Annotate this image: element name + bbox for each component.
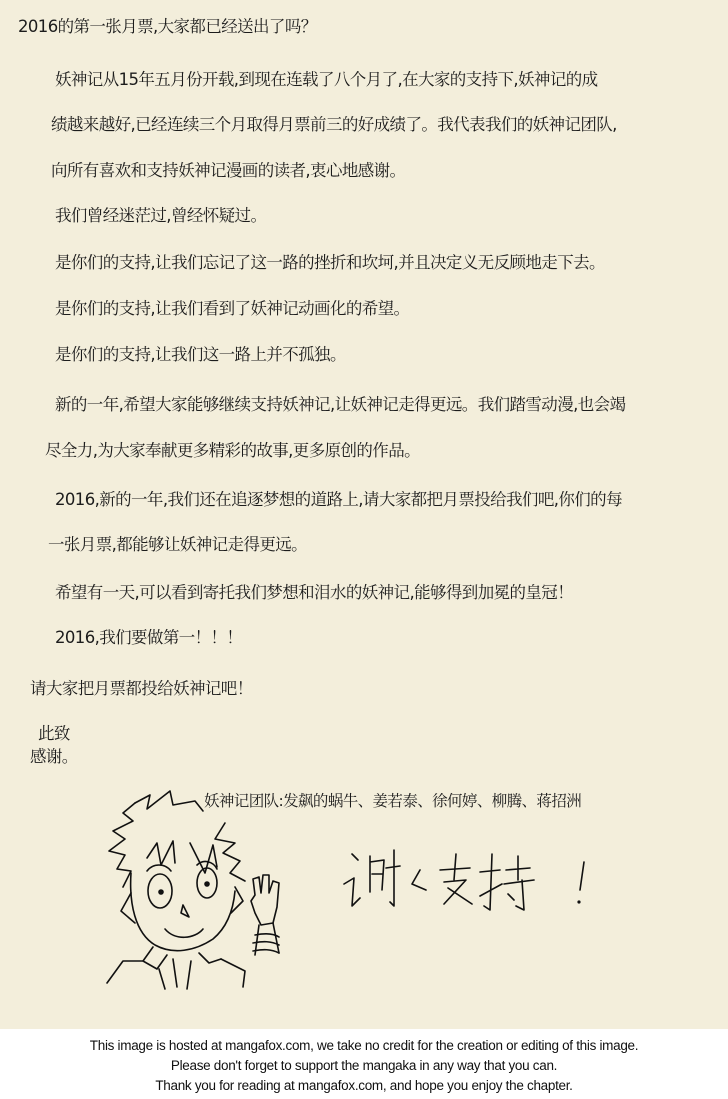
letter-line: 妖神记从15年五月份开载,到现在连载了八个月了,在大家的支持下,妖神记的成 [55, 70, 598, 90]
letter-line: 新的一年,希望大家能够继续支持妖神记,让妖神记走得更远。我们踏雪动漫,也会竭 [55, 395, 625, 415]
letter-line: 向所有喜欢和支持妖神记漫画的读者,衷心地感谢。 [51, 161, 405, 181]
letter-page: 2016的第一张月票,大家都已经送出了吗？妖神记从15年五月份开载,到现在连载了… [0, 0, 728, 1029]
letter-line: 2016,新的一年,我们还在追逐梦想的道路上,请大家都把月票投给我们吧,你们的每 [55, 490, 622, 510]
letter-line: 尽全力,为大家奉献更多精彩的故事,更多原创的作品。 [45, 441, 420, 461]
footer-line-support: Please don't forget to support the manga… [0, 1056, 728, 1076]
footer-line-hosting: This image is hosted at mangafox.com, we… [0, 1036, 728, 1056]
chibi-character-illustration [95, 783, 295, 993]
letter-line: 一张月票,都能够让妖神记走得更远。 [48, 535, 307, 555]
hosting-credit-footer: This image is hosted at mangafox.com, we… [0, 1029, 728, 1099]
letter-line: 感谢。 [30, 747, 78, 767]
footer-line-thanks: Thank you for reading at mangafox.com, a… [0, 1076, 728, 1096]
letter-line: 2016,我们要做第一！！！ [55, 628, 242, 648]
letter-line: 是你们的支持,让我们这一路上并不孤独。 [55, 345, 346, 365]
letter-line: 希望有一天,可以看到寄托我们梦想和泪水的妖神记,能够得到加冕的皇冠！ [55, 583, 573, 603]
handwritten-thanks [340, 840, 610, 920]
letter-line: 2016的第一张月票,大家都已经送出了吗？ [18, 17, 317, 37]
letter-line: 是你们的支持,让我们看到了妖神记动画化的希望。 [55, 299, 409, 319]
letter-line: 是你们的支持,让我们忘记了这一路的挫折和坎坷,并且决定义无反顾地走下去。 [55, 253, 605, 273]
letter-line: 此致 [38, 724, 70, 744]
letter-line: 绩越来越好,已经连续三个月取得月票前三的好成绩了。我代表我们的妖神记团队, [51, 115, 617, 135]
letter-line: 请大家把月票都投给妖神记吧！ [30, 679, 253, 699]
letter-line: 我们曾经迷茫过,曾经怀疑过。 [55, 206, 266, 226]
